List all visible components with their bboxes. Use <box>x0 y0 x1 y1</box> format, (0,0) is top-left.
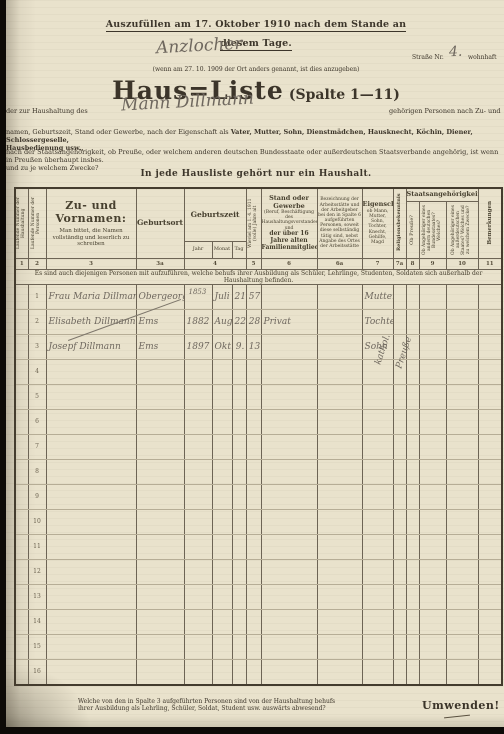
cell-num: 12 <box>28 559 46 584</box>
table-row: 2Elisabeth DillmannEms1882Aug.22.28Priva… <box>15 309 502 334</box>
col6-header-occupation: Stand oder Gewerbe (Beruf, Beschäftigung… <box>261 188 317 258</box>
cell-ort <box>136 609 184 634</box>
cell-jahr <box>184 384 212 409</box>
cell-preusse <box>406 309 419 334</box>
col7-header-role: Eigenschaft: ob Mann, Mutter, Sohn, Toch… <box>362 188 393 258</box>
cell-eigenschaft <box>362 384 393 409</box>
rename-note: (wenn am 27. 10. 1909 der Ort anders gen… <box>116 66 396 73</box>
cell-alter <box>246 659 261 685</box>
cell-alter: 57 <box>246 284 261 309</box>
cell-tag: 9. <box>232 334 246 359</box>
cell-alter <box>246 409 261 434</box>
col3-header-names: Zu- und Vornamen: Man bittet, die Namen … <box>46 188 136 258</box>
cell-monat <box>212 409 232 434</box>
column-numbers-row: 1 2 3 3a 4 5 6 6a 7 7a 8 9 10 11 <box>15 258 502 269</box>
colnum-2: 2 <box>28 258 46 269</box>
table-row: 9 <box>15 484 502 509</box>
cell-tag <box>232 484 246 509</box>
cell-religion <box>393 484 406 509</box>
cell-c9 <box>419 284 446 309</box>
cell-preusse <box>406 359 419 384</box>
cell-arbeit <box>317 509 362 534</box>
table-row: 8 <box>15 459 502 484</box>
cell-alter <box>246 434 261 459</box>
fill-date-instruction-wrap: Auszufüllen am 17. Oktober 1910 nach dem… <box>96 12 416 50</box>
cell-ort <box>136 509 184 534</box>
cell-c1 <box>15 434 28 459</box>
cell-name: Josepf Dillmann <box>46 334 136 359</box>
table-row: 3Josepf DillmannEms1897Okt.9.13Sohn <box>15 334 502 359</box>
cell-c1 <box>15 409 28 434</box>
cell-c1 <box>15 309 28 334</box>
cell-eigenschaft <box>362 559 393 584</box>
cell-religion <box>393 609 406 634</box>
cell-bem <box>478 409 502 434</box>
cell-jahr <box>184 659 212 685</box>
cell-c9 <box>419 384 446 409</box>
cell-tag <box>232 434 246 459</box>
cell-c9 <box>419 609 446 634</box>
cell-preusse <box>406 459 419 484</box>
cell-preusse <box>406 284 419 309</box>
cell-jahr: 1897 <box>184 334 212 359</box>
inclusion-note-row: Es sind auch diejenigen Personen mit auf… <box>15 269 502 284</box>
cell-arbeit <box>317 434 362 459</box>
cell-ort <box>136 384 184 409</box>
cell-arbeit <box>317 659 362 685</box>
cell-num: 2 <box>28 309 46 334</box>
cell-gewerbe <box>261 609 317 634</box>
household-suffix: gehörigen Personen nach Zu- und <box>389 107 504 115</box>
cell-preusse <box>406 634 419 659</box>
cell-tag <box>232 509 246 534</box>
cell-bem <box>478 309 502 334</box>
cell-jahr <box>184 609 212 634</box>
cell-bem <box>478 359 502 384</box>
cell-gewerbe <box>261 384 317 409</box>
cell-alter <box>246 634 261 659</box>
cell-c9 <box>419 484 446 509</box>
cell-religion <box>393 534 406 559</box>
col5-header-age: Wieviel am 1. 4. 1911 (volle) Jahre alt <box>246 188 261 258</box>
one-household-rule: In jede Hausliste gehört nur ein Haushal… <box>106 169 406 179</box>
cell-bem <box>478 384 502 409</box>
cell-preusse <box>406 659 419 685</box>
fill-date-instruction: Auszufüllen am 17. Oktober 1910 nach dem… <box>106 19 407 51</box>
cell-alter: 28 <box>246 309 261 334</box>
cell-c9 <box>419 634 446 659</box>
colnum-8: 8 <box>406 258 419 269</box>
cell-jahr <box>184 634 212 659</box>
cell-preusse <box>406 534 419 559</box>
household-prefix: der zur Haushaltung des <box>6 107 96 115</box>
cell-jahr: 1882 <box>184 309 212 334</box>
cell-gewerbe <box>261 659 317 685</box>
cell-monat <box>212 634 232 659</box>
cell-eigenschaft: Tochter <box>362 309 393 334</box>
cell-tag <box>232 559 246 584</box>
cell-ort <box>136 484 184 509</box>
cell-name <box>46 534 136 559</box>
col6a-header-workplace: Bezeichnung der Arbeitsstätte und der Ar… <box>317 188 362 258</box>
cell-jahr <box>184 484 212 509</box>
street-suffix: wohnhaft <box>468 54 497 61</box>
cell-c1 <box>15 584 28 609</box>
intro-line1: namen, Geburtszeit, Stand oder Gewerbe, … <box>6 128 231 136</box>
cell-c9 <box>419 534 446 559</box>
cell-monat <box>212 359 232 384</box>
cell-c10 <box>446 284 478 309</box>
cell-c10 <box>446 434 478 459</box>
cell-monat <box>212 534 232 559</box>
cell-tag <box>232 384 246 409</box>
cell-alter <box>246 559 261 584</box>
cell-preusse <box>406 409 419 434</box>
col4-header-birthdate: Geburtszeit <box>184 188 246 242</box>
colnum-5: 5 <box>246 258 261 269</box>
turn-over-label: Umwenden! <box>422 699 500 712</box>
cell-num: 6 <box>28 409 46 434</box>
cell-monat: Juli <box>212 284 232 309</box>
cell-eigenschaft <box>362 409 393 434</box>
cell-religion <box>393 659 406 685</box>
street-number-handwritten: 4. <box>449 44 463 60</box>
colnum-7a: 7a <box>393 258 406 269</box>
table-row: 15 <box>15 634 502 659</box>
colnum-1: 1 <box>15 258 28 269</box>
cell-ort <box>136 634 184 659</box>
cell-c10 <box>446 609 478 634</box>
cell-bem <box>478 559 502 584</box>
cell-c9 <box>419 434 446 459</box>
cell-jahr <box>184 509 212 534</box>
cell-ort: Ems <box>136 334 184 359</box>
cell-eigenschaft <box>362 434 393 459</box>
cell-preusse <box>406 584 419 609</box>
cell-monat <box>212 659 232 685</box>
cell-religion <box>393 584 406 609</box>
cell-arbeit <box>317 559 362 584</box>
cell-ort <box>136 584 184 609</box>
cell-num: 14 <box>28 609 46 634</box>
cell-c10 <box>446 384 478 409</box>
cell-num: 11 <box>28 534 46 559</box>
cell-eigenschaft <box>362 359 393 384</box>
place-name-handwritten: Anzlocher <box>156 34 243 59</box>
cell-c9 <box>419 359 446 384</box>
cell-c9 <box>419 459 446 484</box>
cell-c10 <box>446 484 478 509</box>
cell-c9 <box>419 334 446 359</box>
cell-eigenschaft <box>362 634 393 659</box>
cell-religion <box>393 359 406 384</box>
cell-bem <box>478 584 502 609</box>
cell-gewerbe <box>261 359 317 384</box>
cell-num: 4 <box>28 359 46 384</box>
cell-num: 10 <box>28 509 46 534</box>
table-row: 5 <box>15 384 502 409</box>
cell-tag <box>232 409 246 434</box>
cell-name <box>46 459 136 484</box>
cell-name <box>46 359 136 384</box>
cell-monat: Aug. <box>212 309 232 334</box>
cell-eigenschaft <box>362 584 393 609</box>
col1-header: Laufende Nummer der Haushaltung <box>15 188 28 258</box>
cell-gewerbe <box>261 409 317 434</box>
cell-preusse <box>406 434 419 459</box>
col10-header-foreign-state: Ob Angehöriger eines außerdeutschen Staa… <box>446 201 478 258</box>
cell-arbeit <box>317 334 362 359</box>
cell-monat <box>212 609 232 634</box>
cell-c1 <box>15 284 28 309</box>
cell-arbeit <box>317 284 362 309</box>
cell-monat <box>212 584 232 609</box>
citizenship-group-header: Staatsangehörigkeit <box>406 188 478 201</box>
col9-header-other-german-state: Ob Angehöriger eines andern deutschen Bu… <box>419 201 446 258</box>
cell-alter <box>246 459 261 484</box>
cell-c1 <box>15 384 28 409</box>
cell-tag <box>232 534 246 559</box>
cell-c1 <box>15 334 28 359</box>
cell-c9 <box>419 559 446 584</box>
cell-name <box>46 509 136 534</box>
cell-c10 <box>446 559 478 584</box>
cell-name <box>46 559 136 584</box>
cell-monat <box>212 459 232 484</box>
cell-religion <box>393 334 406 359</box>
col2-header: Laufende Nummer der Personen <box>28 188 46 258</box>
cell-tag <box>232 584 246 609</box>
cell-arbeit <box>317 534 362 559</box>
cell-gewerbe <box>261 509 317 534</box>
table-row: 16 <box>15 659 502 685</box>
cell-preusse <box>406 559 419 584</box>
cell-gewerbe <box>261 484 317 509</box>
colnum-9: 9 <box>419 258 446 269</box>
cell-name <box>46 609 136 634</box>
turn-over-underline <box>444 715 470 719</box>
cell-ort <box>136 434 184 459</box>
cell-arbeit <box>317 384 362 409</box>
table-row: 12 <box>15 559 502 584</box>
street-label: Straße Nr. <box>412 54 444 61</box>
cell-gewerbe <box>261 559 317 584</box>
inclusion-note: Es sind auch diejenigen Personen mit auf… <box>15 269 502 284</box>
cell-alter <box>246 609 261 634</box>
cell-eigenschaft: Sohn <box>362 334 393 359</box>
col4-sub-month: Monat <box>212 242 232 258</box>
cell-bem <box>478 459 502 484</box>
cell-eigenschaft <box>362 659 393 685</box>
table-row: 11 <box>15 534 502 559</box>
house-table-body: 1Frau Maria DillmannObergeorgshausen1853… <box>15 284 502 685</box>
cell-eigenschaft <box>362 484 393 509</box>
cell-arbeit <box>317 634 362 659</box>
cell-monat: Okt. <box>212 334 232 359</box>
colnum-4: 4 <box>184 258 246 269</box>
cell-bem <box>478 659 502 685</box>
cell-num: 15 <box>28 634 46 659</box>
cell-bem <box>478 634 502 659</box>
footer-question: Welche von den in Spalte 3 aufgeführten … <box>78 698 378 712</box>
cell-c9 <box>419 659 446 685</box>
cell-tag <box>232 634 246 659</box>
table-row: 7 <box>15 434 502 459</box>
cell-alter <box>246 584 261 609</box>
cell-c9 <box>419 584 446 609</box>
col4-sub-year: Jahr <box>184 242 212 258</box>
cell-name: Elisabeth Dillmann <box>46 309 136 334</box>
cell-monat <box>212 559 232 584</box>
cell-c1 <box>15 559 28 584</box>
cell-alter: 13 <box>246 334 261 359</box>
cell-arbeit <box>317 459 362 484</box>
cell-religion <box>393 509 406 534</box>
cell-num: 13 <box>28 584 46 609</box>
cell-c10 <box>446 334 478 359</box>
cell-tag: 22. <box>232 309 246 334</box>
cell-tag <box>232 609 246 634</box>
cell-ort <box>136 359 184 384</box>
cell-ort <box>136 659 184 685</box>
cell-eigenschaft <box>362 534 393 559</box>
cell-jahr <box>184 434 212 459</box>
cell-eigenschaft: Mutter <box>362 284 393 309</box>
cell-name <box>46 484 136 509</box>
colnum-6a: 6a <box>317 258 362 269</box>
cell-gewerbe <box>261 459 317 484</box>
table-row: 6 <box>15 409 502 434</box>
cell-c10 <box>446 409 478 434</box>
col8-header-prussian: Ob Preuße? <box>406 201 419 258</box>
cell-religion <box>393 459 406 484</box>
cell-c10 <box>446 534 478 559</box>
cell-c1 <box>15 484 28 509</box>
cell-c1 <box>15 634 28 659</box>
cell-c10 <box>446 584 478 609</box>
cell-religion <box>393 309 406 334</box>
cell-c1 <box>15 459 28 484</box>
cell-preusse <box>406 509 419 534</box>
cell-arbeit <box>317 584 362 609</box>
cell-ort <box>136 409 184 434</box>
cell-num: 7 <box>28 434 46 459</box>
cell-bem <box>478 284 502 309</box>
cell-num: 9 <box>28 484 46 509</box>
cell-tag <box>232 459 246 484</box>
cell-name: Frau Maria Dillmann <box>46 284 136 309</box>
cell-arbeit <box>317 484 362 509</box>
cell-c10 <box>446 659 478 685</box>
cell-alter <box>246 359 261 384</box>
cell-c9 <box>419 309 446 334</box>
cell-c1 <box>15 609 28 634</box>
cell-num: 16 <box>28 659 46 685</box>
cell-jahr <box>184 584 212 609</box>
cell-gewerbe <box>261 334 317 359</box>
colnum-6: 6 <box>261 258 317 269</box>
cell-c1 <box>15 509 28 534</box>
cell-bem <box>478 434 502 459</box>
cell-name <box>46 409 136 434</box>
cell-jahr <box>184 534 212 559</box>
cell-preusse <box>406 484 419 509</box>
footer-question-line1: Welche von den in Spalte 3 aufgeführten … <box>78 698 335 705</box>
cell-bem <box>478 534 502 559</box>
cell-c10 <box>446 509 478 534</box>
house-list-table: Laufende Nummer der Haushaltung Laufende… <box>14 187 503 686</box>
cell-name <box>46 634 136 659</box>
cell-c9 <box>419 409 446 434</box>
cell-bem <box>478 509 502 534</box>
col4-sub-day: Tag <box>232 242 246 258</box>
col7a-header-religion: Religionsbekenntnis <box>393 188 406 258</box>
cell-c10 <box>446 634 478 659</box>
cell-gewerbe <box>261 534 317 559</box>
cell-num: 8 <box>28 459 46 484</box>
cell-eigenschaft <box>362 459 393 484</box>
cell-bem <box>478 334 502 359</box>
paper-sheet: Auszufüllen am 17. Oktober 1910 nach dem… <box>6 0 504 727</box>
cell-alter <box>246 534 261 559</box>
cell-name <box>46 434 136 459</box>
cell-arbeit <box>317 309 362 334</box>
year-written-above: 1853 <box>189 288 212 296</box>
cell-gewerbe <box>261 634 317 659</box>
cell-ort: Obergeorgshausen <box>136 284 184 309</box>
cell-c10 <box>446 459 478 484</box>
scanned-census-page: Auszufüllen am 17. Oktober 1910 nach dem… <box>0 0 504 734</box>
table-row: 10 <box>15 509 502 534</box>
cell-eigenschaft <box>362 509 393 534</box>
cell-gewerbe <box>261 584 317 609</box>
cell-bem <box>478 609 502 634</box>
col3a-header-birthplace: Geburtsort <box>136 188 184 258</box>
cell-tag <box>232 359 246 384</box>
cell-jahr <box>184 459 212 484</box>
cell-arbeit <box>317 409 362 434</box>
cell-c10 <box>446 309 478 334</box>
cell-num: 3 <box>28 334 46 359</box>
cell-monat <box>212 484 232 509</box>
cell-bem <box>478 484 502 509</box>
cell-monat <box>212 509 232 534</box>
cell-alter <box>246 384 261 409</box>
cell-jahr <box>184 409 212 434</box>
table-row: 4 <box>15 359 502 384</box>
cell-ort: Ems <box>136 309 184 334</box>
table-row: 13 <box>15 584 502 609</box>
cell-religion <box>393 434 406 459</box>
cell-jahr <box>184 359 212 384</box>
cell-num: 5 <box>28 384 46 409</box>
cell-monat <box>212 384 232 409</box>
col11-header-remarks: Bemerkungen <box>478 188 502 258</box>
cell-c10 <box>446 359 478 384</box>
intro-line3: nach der Staatsangehörigkeit, ob Preuße,… <box>6 148 498 164</box>
colnum-11: 11 <box>478 258 502 269</box>
cell-name <box>46 584 136 609</box>
cell-monat <box>212 434 232 459</box>
cell-preusse <box>406 609 419 634</box>
cell-c9 <box>419 509 446 534</box>
colnum-7: 7 <box>362 258 393 269</box>
cell-religion <box>393 284 406 309</box>
table-row: 1Frau Maria DillmannObergeorgshausen1853… <box>15 284 502 309</box>
cell-religion <box>393 634 406 659</box>
cell-ort <box>136 534 184 559</box>
cell-jahr <box>184 559 212 584</box>
